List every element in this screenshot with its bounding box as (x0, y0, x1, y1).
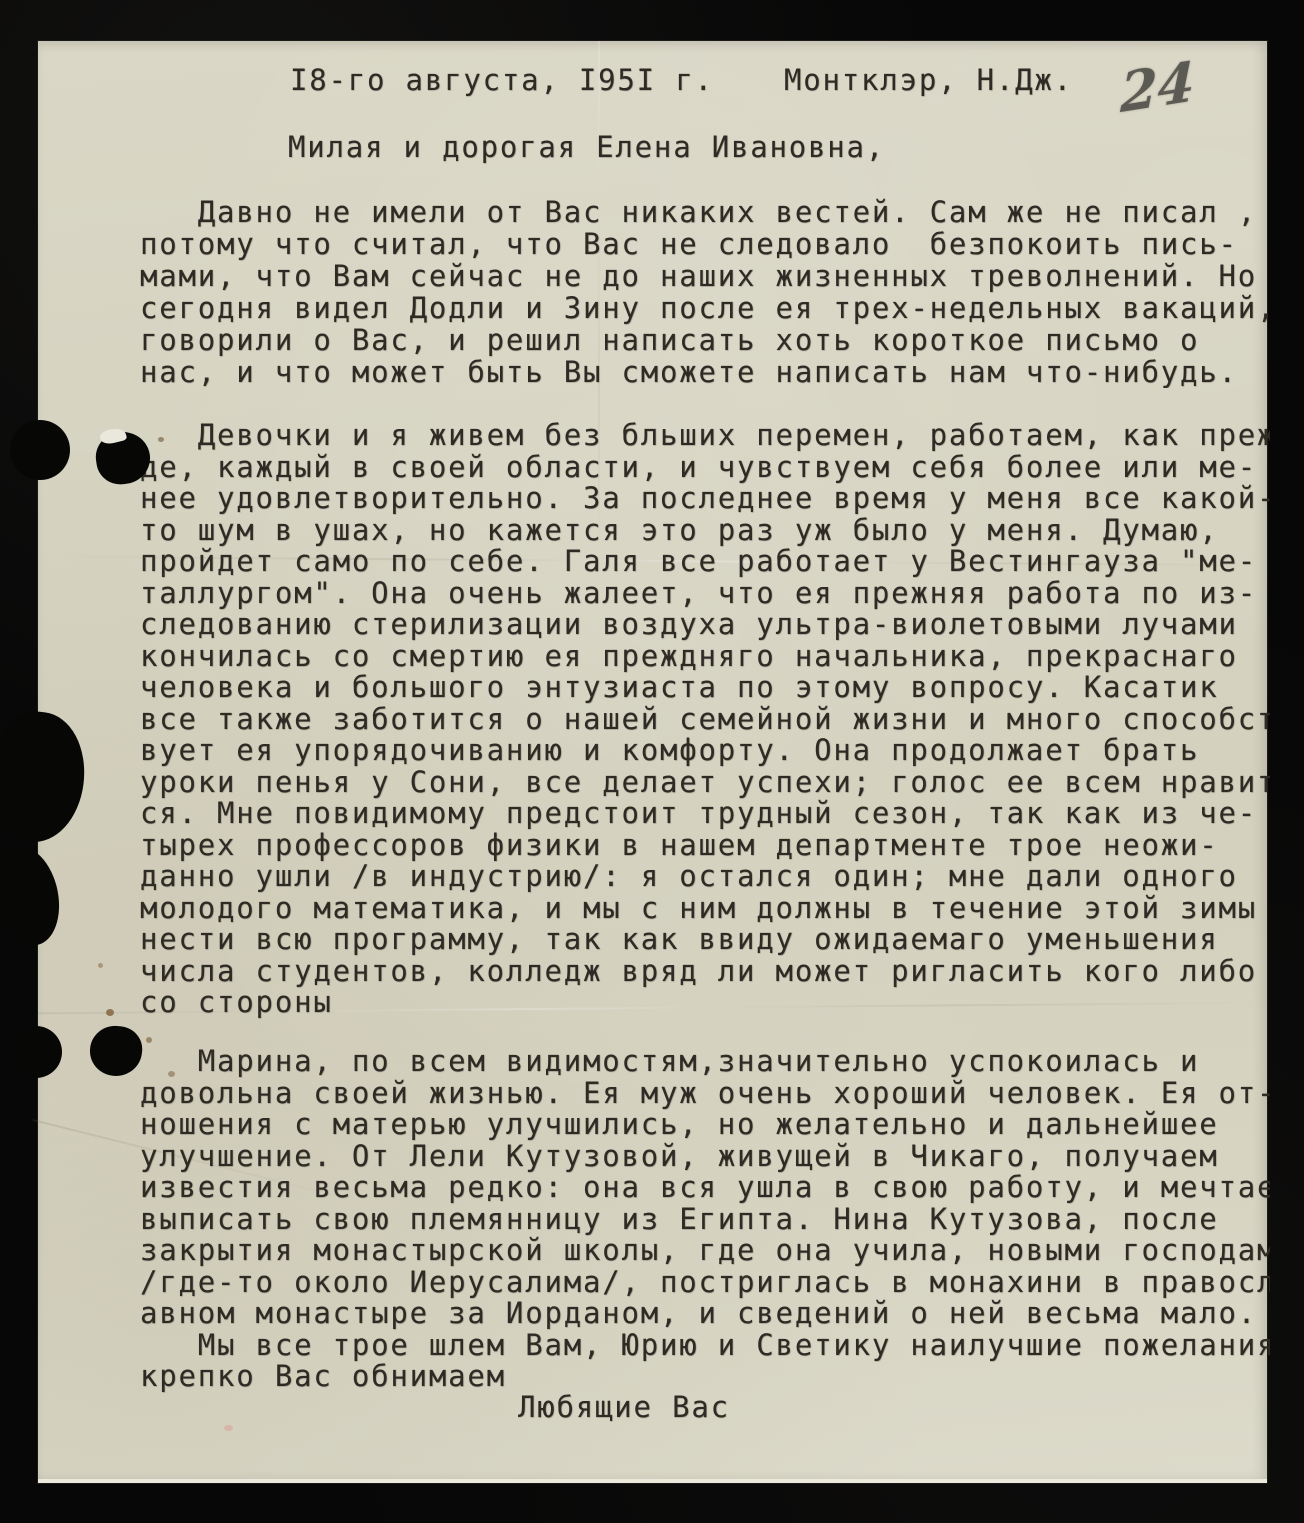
paragraph-3: Марина, по всем видимостям,значительно у… (140, 1046, 1270, 1393)
letter-line: крепко Вас обнимаем (140, 1361, 1270, 1393)
letter-line: числа студентов, колледж вряд ли может р… (140, 956, 1270, 988)
letter-line: говорили о Вас, и решил написать хоть ко… (140, 324, 1270, 356)
torn-edge-notch (10, 1026, 62, 1078)
letter-line: со стороны (140, 987, 1270, 1019)
salutation: Милая и дорогая Елена Ивановна, (288, 130, 885, 164)
letter-line: де, каждый в своей области, и чувствуем … (140, 452, 1270, 484)
paper-stain (224, 1425, 233, 1431)
paper-stain (98, 963, 103, 968)
scanned-letter-page: I8-го августа, I95I г. Монтклэр, Н.Дж. 2… (0, 0, 1304, 1523)
letter-line: ся. Мне повидимому предстоит трудный сез… (140, 798, 1270, 830)
letter-line: следованию стерилизации воздуха ультра-в… (140, 609, 1270, 641)
letter-line: довольна своей жизнью. Ея муж очень хоро… (140, 1078, 1270, 1110)
letter-line: уроки пенья у Сони, все делает успехи; г… (140, 767, 1270, 799)
letter-line: ношения с матерью улучшились, но желател… (140, 1109, 1270, 1141)
letter-line: известия весьма редко: она вся ушла в св… (140, 1172, 1270, 1204)
letter-line: Девочки и я живем без бльших перемен, ра… (140, 420, 1270, 452)
letter-line: мами, что Вам сейчас не до наших жизненн… (140, 260, 1270, 292)
letter-line: тырех профессоров физики в нашем департм… (140, 830, 1270, 862)
letter-line: данно ушли /в индустрию/: я остался один… (140, 861, 1270, 893)
letter-place: Монтклэр, Н.Дж. (784, 63, 1073, 97)
letter-line: потому что считал, что Вас не следовало … (140, 228, 1270, 260)
paper-stain (146, 1037, 152, 1043)
letter-line: закрытия монастырской школы, где она учи… (140, 1235, 1270, 1267)
paragraph-2: Девочки и я живем без бльших перемен, ра… (140, 420, 1270, 1019)
letter-line: улучшение. От Лели Кутузовой, живущей в … (140, 1141, 1270, 1173)
letter-line: Марина, по всем видимостям,значительно у… (140, 1046, 1270, 1078)
letter-line: нести всю программу, так как ввиду ожида… (140, 924, 1270, 956)
letter-line: Давно не имели от Вас никаких вестей. Са… (140, 196, 1270, 228)
letter-line: человека и большого энтузиаста по этому … (140, 672, 1270, 704)
punch-hole (88, 1023, 145, 1078)
letter-line: авном монастыре за Иорданом, и сведений … (140, 1298, 1270, 1330)
letter-line: пройдет само по себе. Галя все работает … (140, 546, 1270, 578)
letter-line: сегодня видел Додли и Зину после ея трех… (140, 292, 1270, 324)
letter-date: I8-го августа, I95I г. (290, 63, 714, 97)
signoff: Любящие Вас (518, 1390, 730, 1424)
letter-paper: I8-го августа, I95I г. Монтклэр, Н.Дж. 2… (38, 41, 1267, 1483)
page-number-annotation: 24 (1120, 49, 1195, 126)
letter-line: молодого математика, и мы с ним должны в… (140, 893, 1270, 925)
paper-stain (106, 1009, 114, 1016)
letter-line: нас, и что может быть Вы сможете написат… (140, 356, 1270, 388)
letter-line: вует ея упорядочиванию и комфорту. Она п… (140, 735, 1270, 767)
letter-line: нее удовлетворительно. За последнее врем… (140, 483, 1270, 515)
torn-edge-notch (0, 841, 68, 952)
letter-line: то шум в ушах, но кажется это раз уж был… (140, 515, 1270, 547)
paragraph-1: Давно не имели от Вас никаких вестей. Са… (140, 196, 1270, 388)
letter-line: таллургом". Она очень жалеет, что ея пре… (140, 578, 1270, 610)
letter-line: все также заботится о нашей семейной жиз… (140, 704, 1270, 736)
letter-line: /где-то около Иерусалима/, постриглась в… (140, 1267, 1270, 1299)
letter-line: кончилась со смертию ея преждняго началь… (140, 641, 1270, 673)
letter-line: Мы все трое шлем Вам, Юрию и Светику наи… (140, 1330, 1270, 1362)
letter-line: выписать свою племянницу из Египта. Нина… (140, 1204, 1270, 1236)
torn-edge-notch (10, 420, 70, 480)
torn-edge-notch (0, 707, 92, 847)
